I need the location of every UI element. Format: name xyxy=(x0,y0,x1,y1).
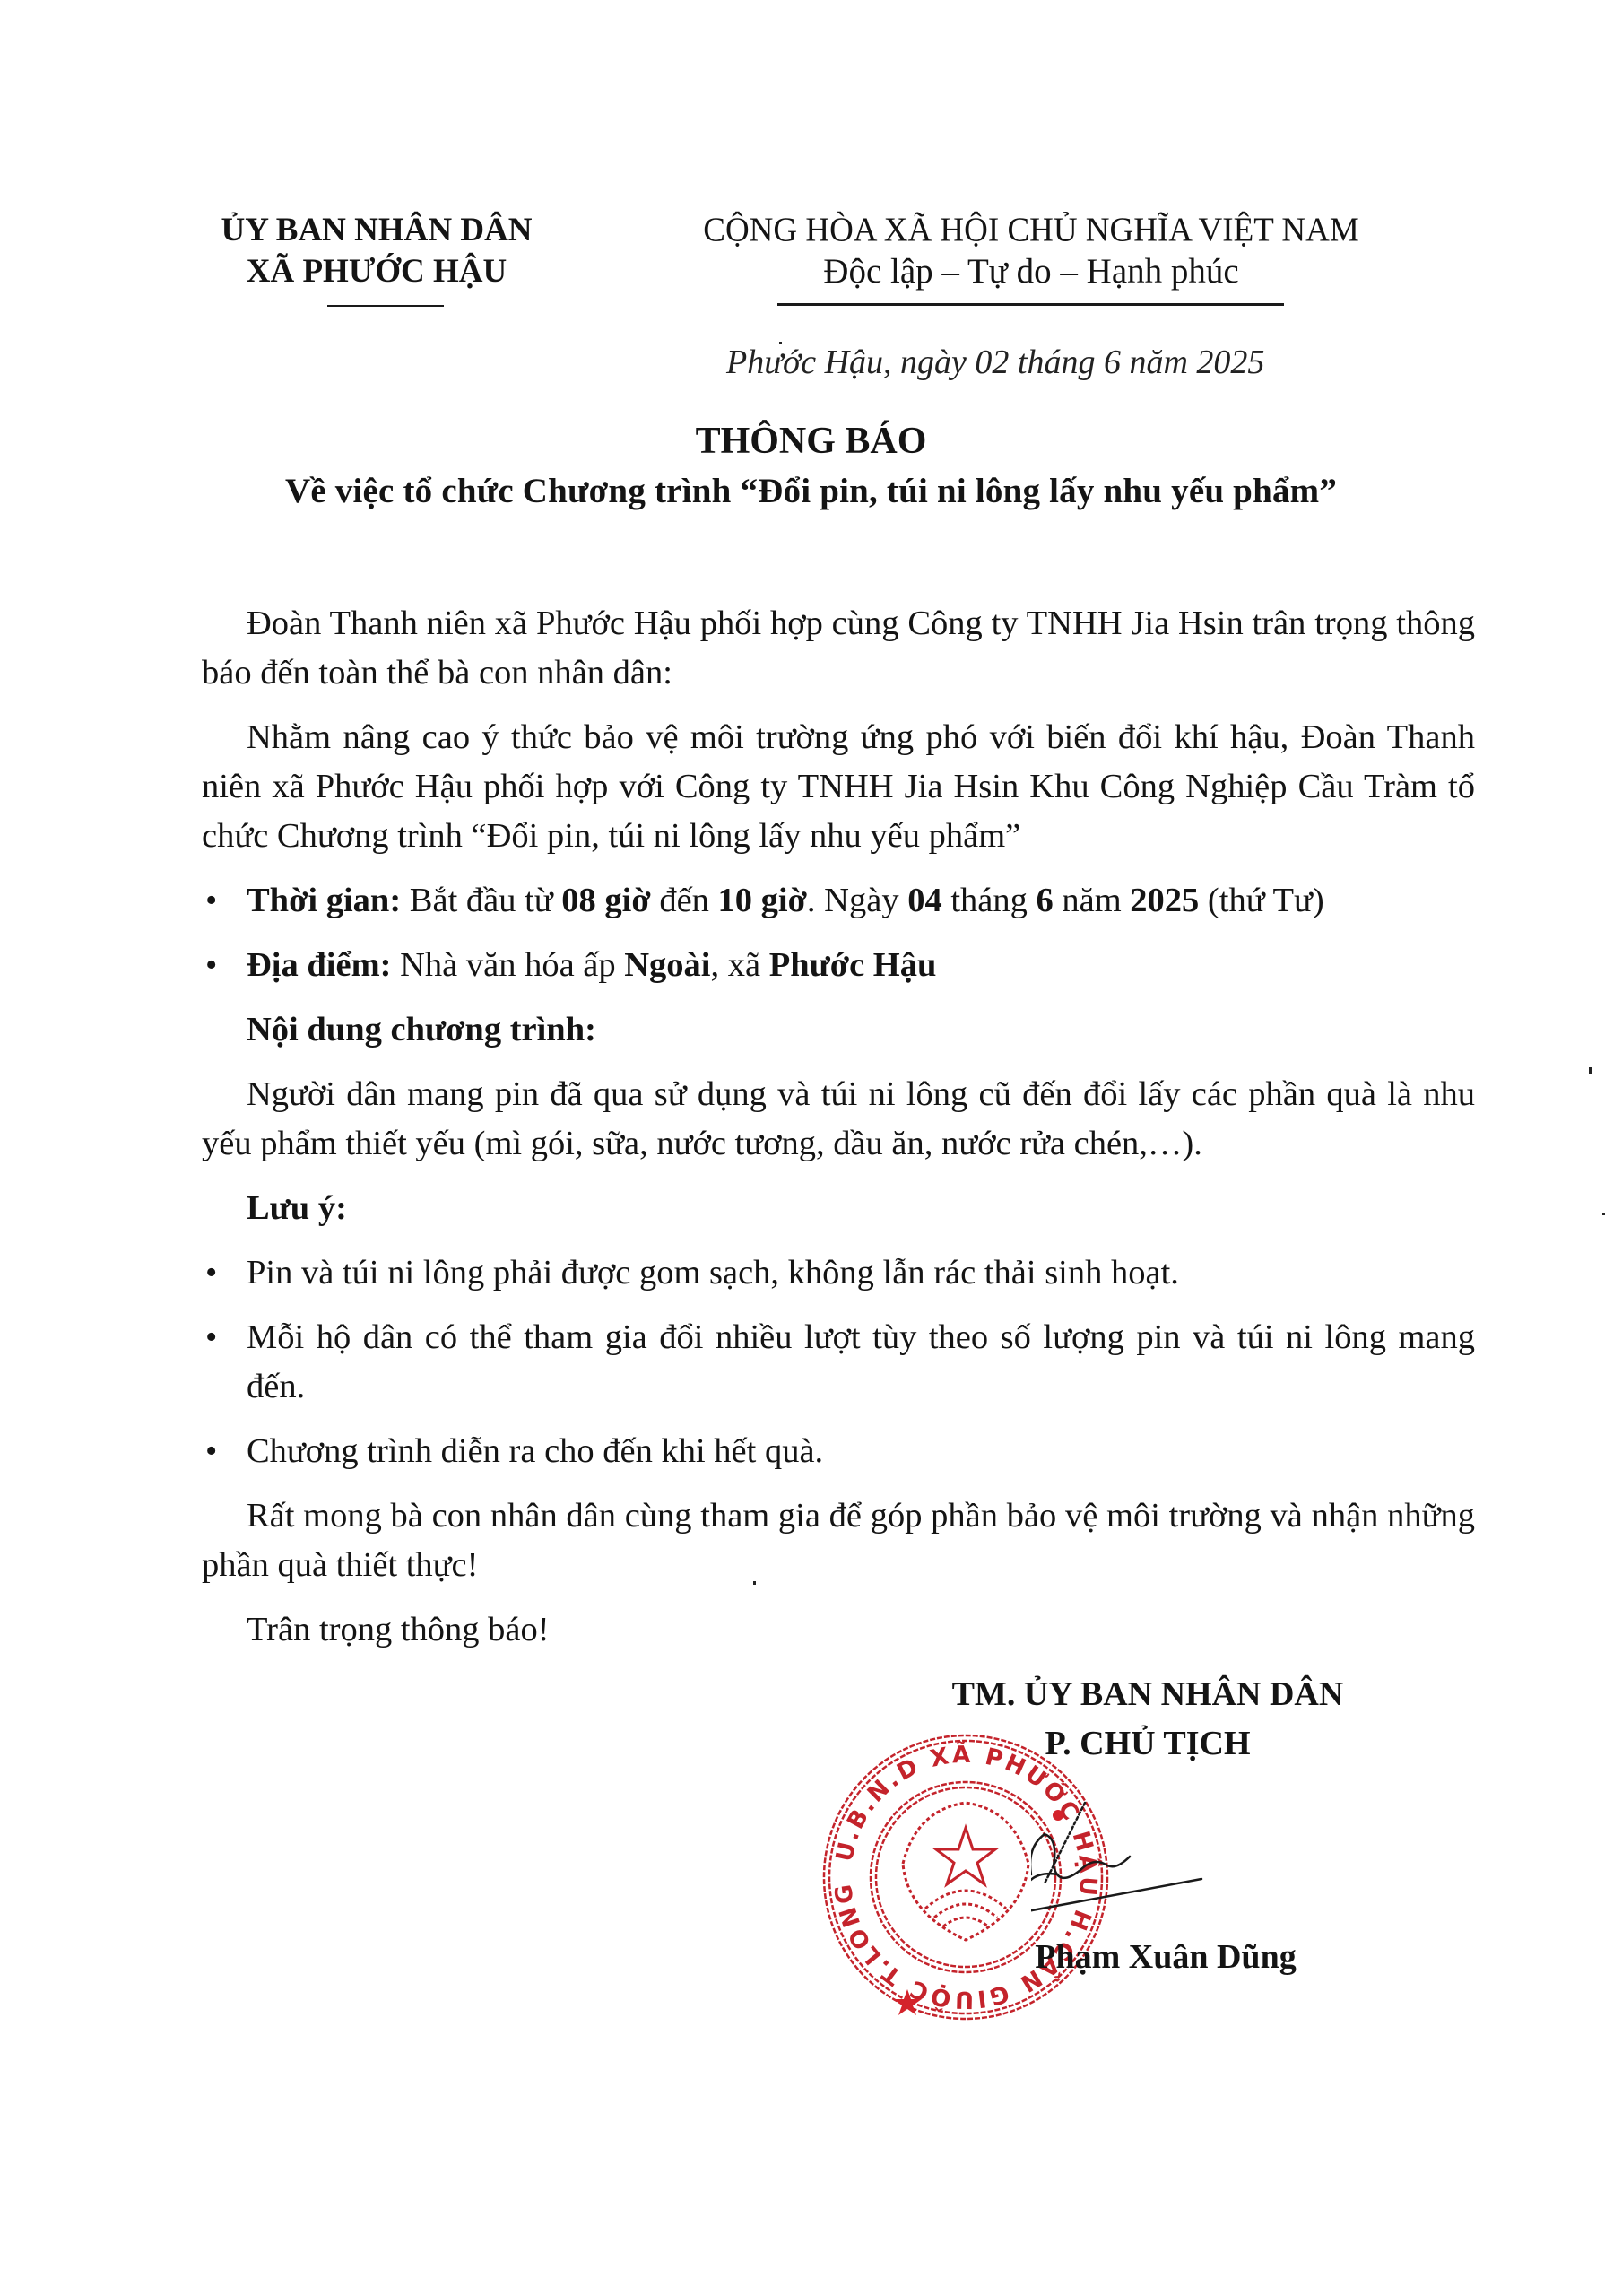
event-weekday: (thứ Tư) xyxy=(1199,882,1323,919)
note-item: • Mỗi hộ dân có thể tham gia đổi nhiều l… xyxy=(202,1313,1475,1412)
content-heading: Nội dung chương trình: xyxy=(202,1005,1475,1055)
intro-paragraph: Đoàn Thanh niên xã Phước Hậu phối hợp cù… xyxy=(202,599,1475,698)
document-type: THÔNG BÁO xyxy=(0,420,1622,463)
hamlet-name: Ngoài xyxy=(624,946,710,984)
location-commune: Phước Hậu xyxy=(769,946,937,984)
motto-underline xyxy=(777,303,1284,306)
location-item: • Địa điểm: Nhà văn hóa ấp Ngoài, xã Phư… xyxy=(202,941,1475,990)
place-date: Phước Hậu, ngày 02 tháng 6 năm 2025 xyxy=(726,343,1264,382)
closing-paragraph: Rất mong bà con nhân dân cùng tham gia đ… xyxy=(202,1492,1475,1590)
nation-name: CỘNG HÒA XÃ HỘI CHỦ NGHĨA VIỆT NAM xyxy=(592,209,1470,251)
document-subject: Về việc tổ chức Chương trình “Đổi pin, t… xyxy=(0,471,1622,511)
time-item: • Thời gian: Bắt đầu từ 08 giờ đến 10 gi… xyxy=(202,876,1475,926)
national-motto: Độc lập – Tự do – Hạnh phúc xyxy=(592,251,1470,292)
national-header: CỘNG HÒA XÃ HỘI CHỦ NGHĨA VIỆT NAM Độc l… xyxy=(592,210,1470,292)
agency-underline xyxy=(327,305,444,307)
scan-artifact xyxy=(1589,1067,1592,1074)
event-month: 6 xyxy=(1037,882,1054,919)
purpose-paragraph: Nhằm nâng cao ý thức bảo vệ môi trường ứ… xyxy=(202,713,1475,861)
scan-artifact xyxy=(779,342,782,344)
bullet-icon: • xyxy=(205,1313,217,1362)
agency-header: ỦY BAN NHÂN DÂN XÃ PHƯỚC HẬU xyxy=(170,210,583,292)
bullet-icon: • xyxy=(205,1427,217,1476)
regards-line: Trân trọng thông báo! xyxy=(202,1605,1475,1655)
document-body: Đoàn Thanh niên xã Phước Hậu phối hợp cù… xyxy=(202,599,1475,1670)
time-label: Thời gian: xyxy=(247,882,401,919)
scan-artifact xyxy=(753,1581,756,1585)
bullet-icon: • xyxy=(205,941,217,990)
note-item: • Pin và túi ni lông phải được gom sạch,… xyxy=(202,1248,1475,1298)
agency-name: ỦY BAN NHÂN DÂN xyxy=(170,210,583,251)
signature-icon xyxy=(1031,1785,1228,1937)
commune-name: XÃ PHƯỚC HẬU xyxy=(170,251,583,292)
location-label: Địa điểm: xyxy=(247,946,391,984)
start-time: 08 giờ xyxy=(561,882,650,919)
content-paragraph: Người dân mang pin đã qua sử dụng và túi… xyxy=(202,1070,1475,1169)
event-year: 2025 xyxy=(1130,882,1199,919)
bullet-icon: • xyxy=(205,1248,217,1298)
notes-heading: Lưu ý: xyxy=(202,1184,1475,1233)
signer-name: Phạm Xuân Dũng xyxy=(986,1937,1345,1977)
note-item: • Chương trình diễn ra cho đến khi hết q… xyxy=(202,1427,1475,1476)
on-behalf-line: TM. ỦY BAN NHÂN DÂN xyxy=(897,1670,1399,1719)
end-time: 10 giờ xyxy=(718,882,807,919)
bullet-icon: • xyxy=(205,876,217,926)
scan-artifact xyxy=(1602,1213,1605,1215)
event-day: 04 xyxy=(907,882,942,919)
